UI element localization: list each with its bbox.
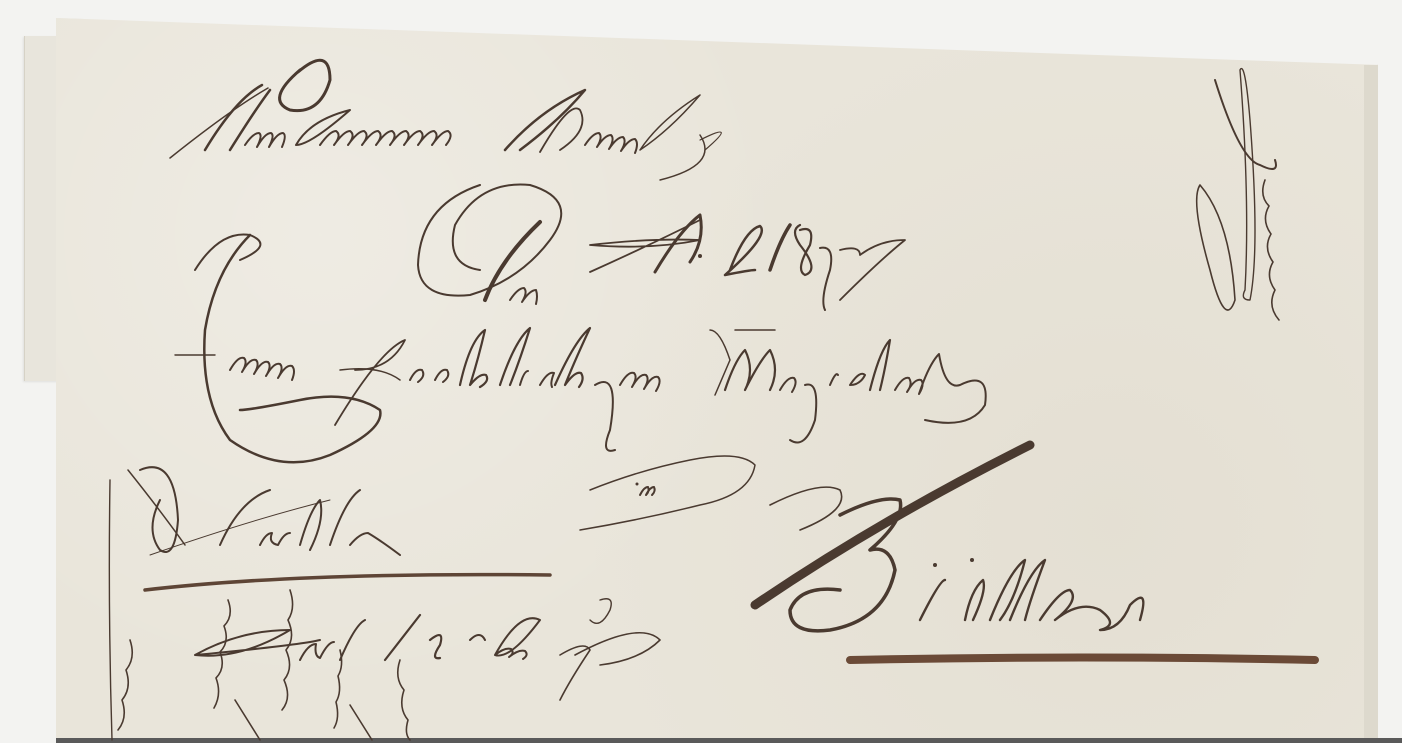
handwriting-layer (0, 0, 1402, 743)
lower-left-annotations (109, 467, 660, 740)
sender-line-handwriting (170, 60, 721, 180)
reference-number-handwriting (590, 215, 905, 310)
destination-handwriting (755, 445, 1143, 631)
salutation-handwriting (418, 185, 561, 305)
recipient-main-handwriting (335, 328, 986, 451)
preposition-handwriting (580, 456, 755, 530)
destination-underline (850, 658, 1315, 661)
recipient-first-word-handwriting (175, 234, 380, 462)
right-margin-signature (1197, 69, 1279, 320)
